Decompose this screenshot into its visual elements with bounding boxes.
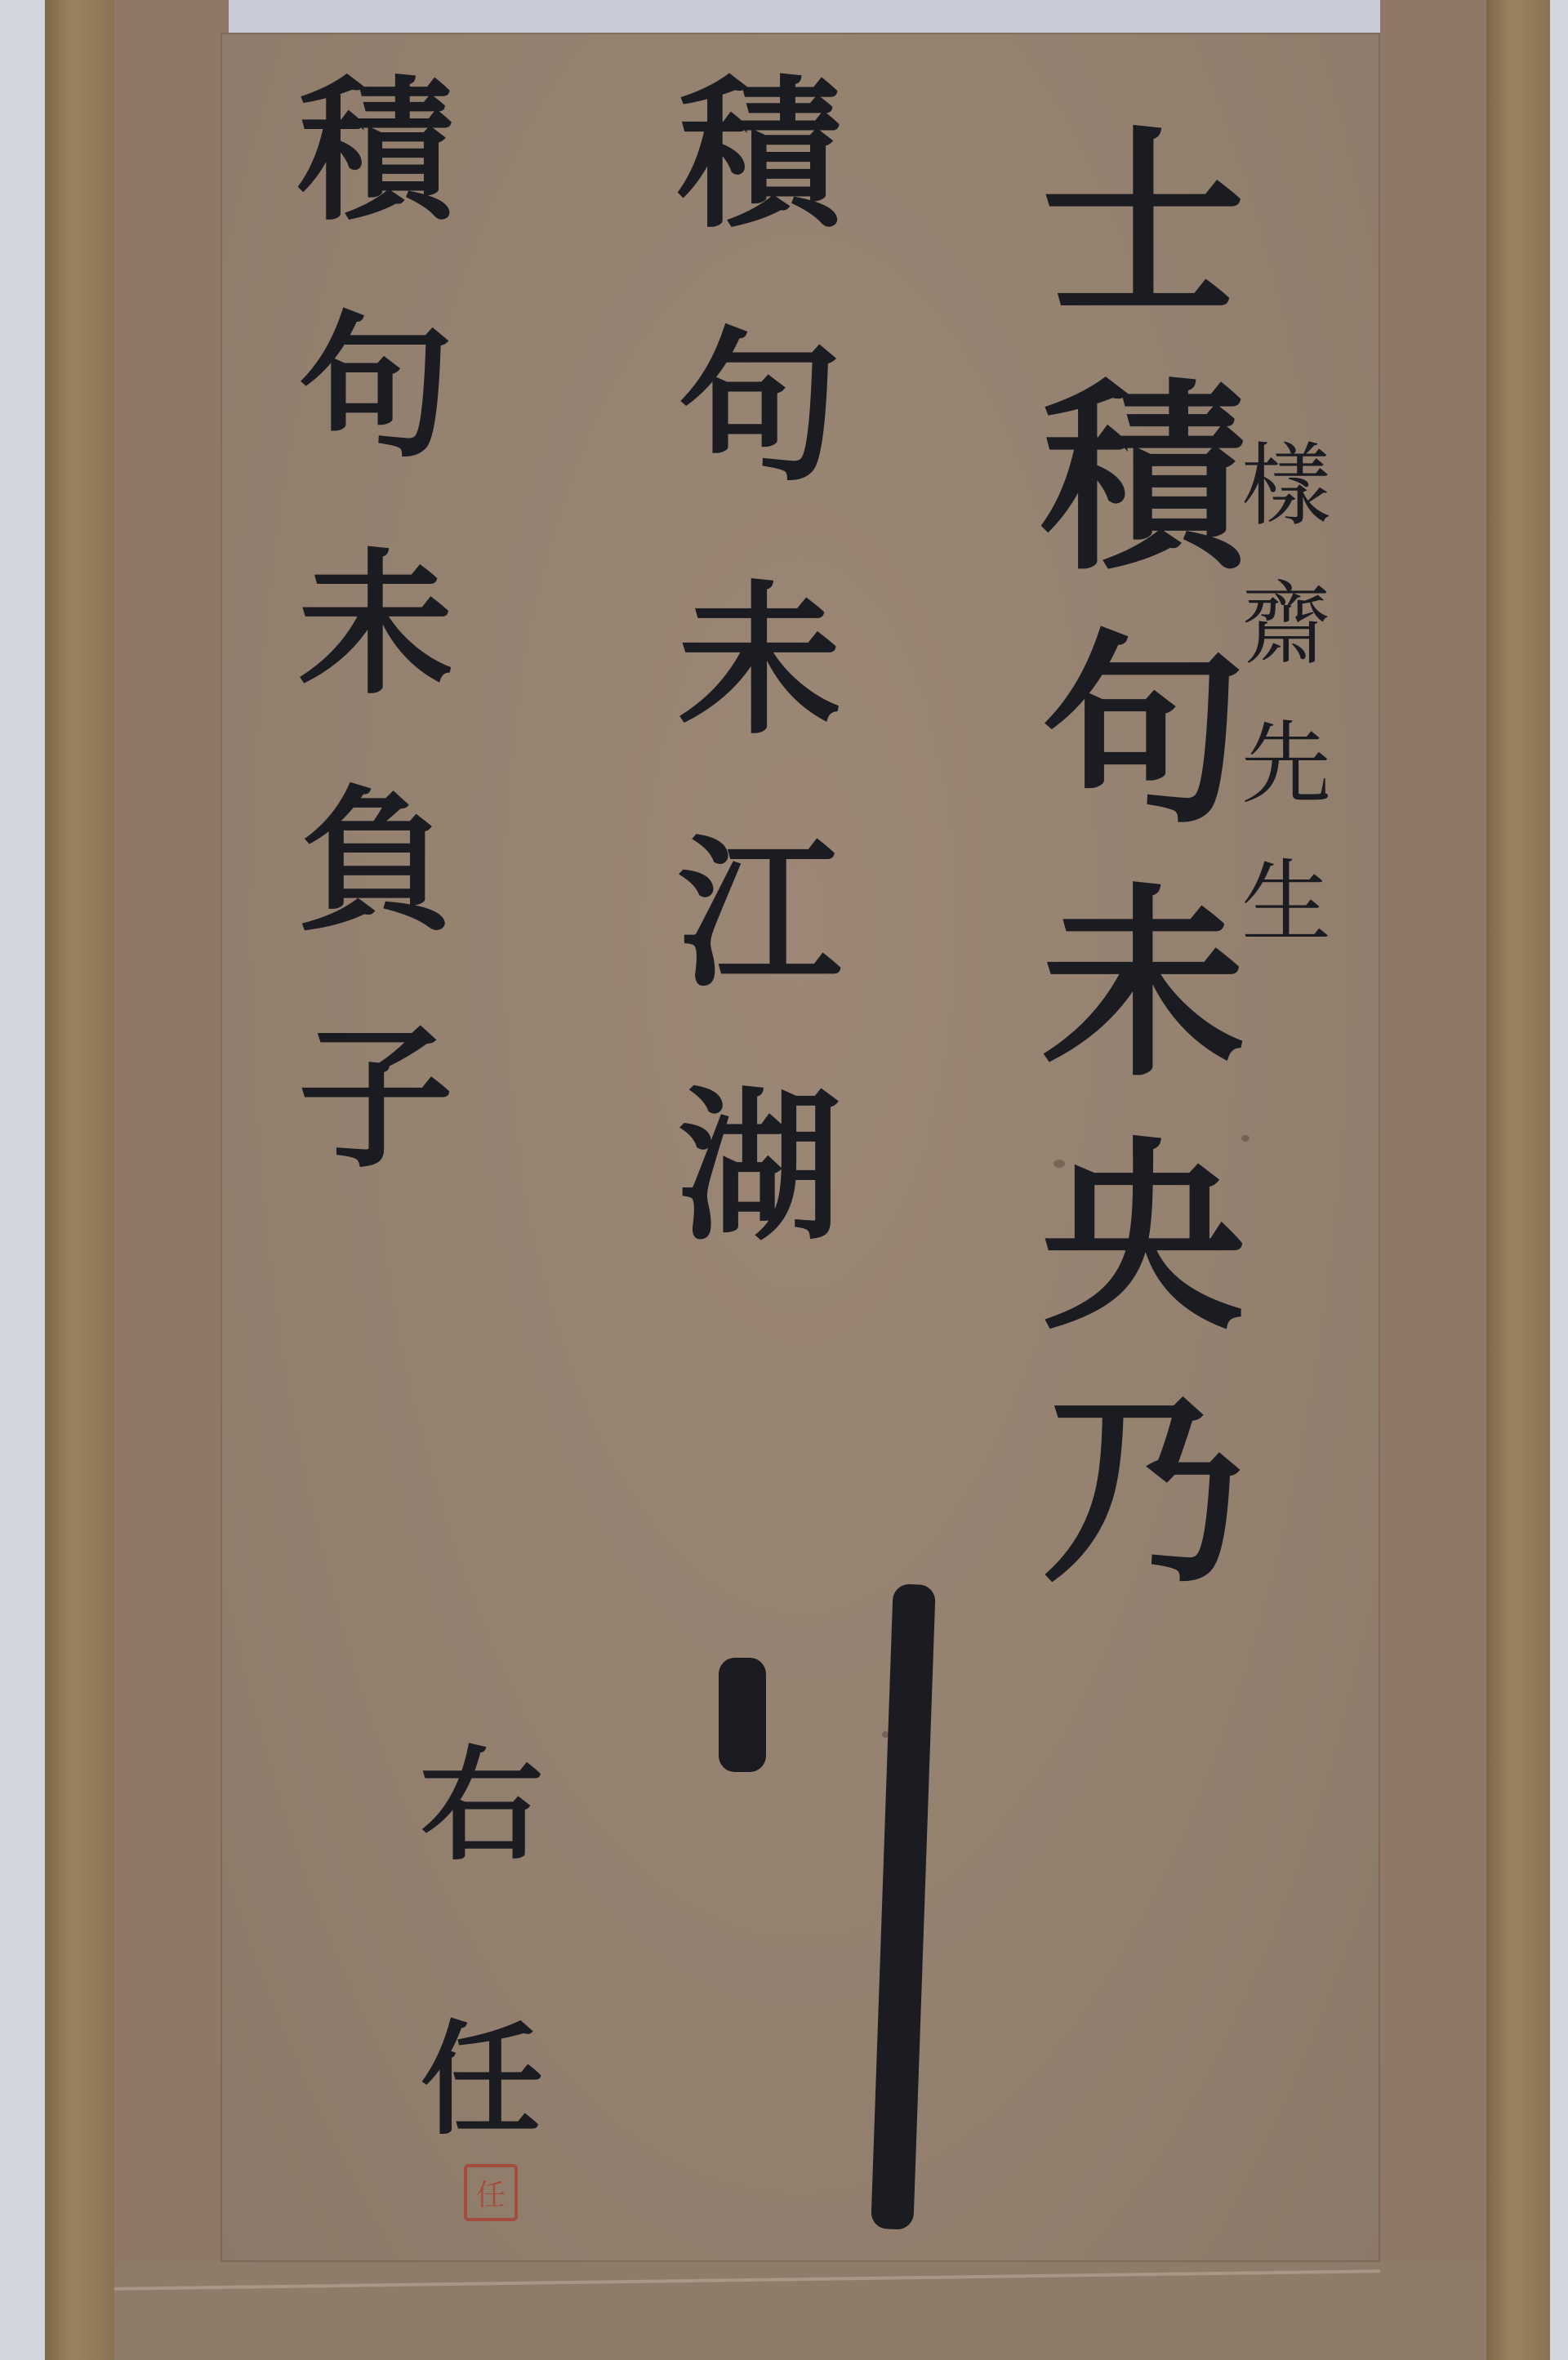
character: 未	[298, 547, 453, 702]
left-mounting	[114, 0, 229, 2360]
character: 乃	[1041, 1388, 1245, 1592]
character: 未	[678, 580, 841, 743]
character: 句	[298, 310, 453, 465]
character: 齋	[1241, 580, 1331, 670]
character: 積	[1041, 376, 1245, 580]
character: 先	[1241, 719, 1331, 808]
left-silk-border	[45, 0, 114, 2360]
right-background	[1548, 0, 1568, 2360]
character: 未	[1041, 882, 1245, 1086]
character: 樣	[1241, 441, 1331, 531]
lower-mounting	[114, 2262, 1486, 2360]
character: 句	[678, 327, 841, 490]
right-mounting	[1380, 0, 1486, 2360]
character: 士	[1041, 122, 1245, 327]
dedication-column: 樣 齋 先 生	[1225, 441, 1347, 947]
character: 央	[1041, 1135, 1245, 1339]
left-background	[0, 0, 49, 2360]
character: 積	[298, 73, 453, 229]
right-silk-border	[1486, 0, 1550, 2360]
brush-dot-stroke	[719, 1658, 766, 1772]
character: 積	[678, 73, 841, 237]
character: 湖	[678, 1086, 841, 1249]
red-seal-stamp: 任	[464, 2164, 518, 2221]
seal-character: 任	[476, 2172, 506, 2214]
signature-character: 任	[421, 1981, 543, 2157]
calligraphy-column-left: 積 句 未 負 子	[261, 73, 490, 1176]
character: 句	[1041, 629, 1245, 833]
character: 負	[298, 784, 453, 939]
artist-signature: 右 任	[400, 1707, 563, 2157]
character: 子	[298, 1021, 453, 1176]
character: 生	[1241, 857, 1331, 947]
calligraphy-column-middle: 積 句 未 江 湖	[645, 73, 874, 1249]
character: 江	[678, 833, 841, 996]
signature-character: 右	[421, 1707, 543, 1883]
